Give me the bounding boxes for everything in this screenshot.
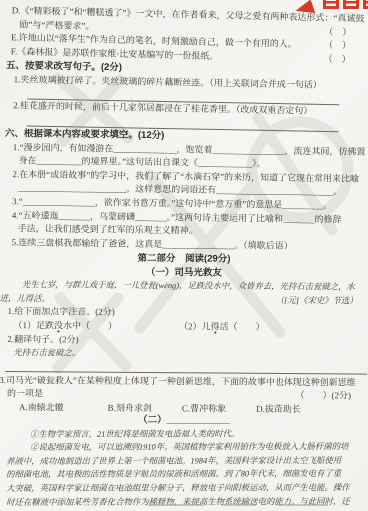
brand-triangle-icon <box>295 0 316 13</box>
passage-source: （[元]《宋史》节选） <box>276 293 358 307</box>
answer-bracket: （ ） <box>324 39 351 53</box>
reading-1-q1-items: （1）足跌没水中（ ） （2）儿得活（ ） <box>0 318 368 334</box>
answer-line <box>5 359 367 374</box>
reading-1-q3-line1: 3.司马光“破瓮救人”在某种程度上体现了一种创新思维，下面的故事中也体现这种创新… <box>0 373 367 389</box>
reading-2-title: （二）____________ <box>0 413 368 428</box>
reading-2-paragraph-1: ①生物学家预言，21世纪将是细菌发电造福人类的时代。 <box>6 427 368 442</box>
clipped-bottom-line <box>0 504 328 506</box>
part-2-reading-block: 第二部分 阅读(29分) （一）司马光救友 光生七岁，与群儿戏于庭，一儿登瓮(w… <box>0 251 368 417</box>
reading-2-paragraph-2-line2: 养液中，成功地制造出了世界上第一个细菌电池。1984年，美国科学家设计出太空飞船… <box>6 454 368 469</box>
brand-glyph-icon <box>323 0 339 9</box>
reading-2-paragraph-2-line1: ②说起细菌发电，可以追溯到1910年。英国植物学家利用铂作为电极放入大肠杆菌的培 <box>6 440 368 455</box>
brand-logo <box>296 0 368 12</box>
section-6-block: 六、根据课本内容或要求填空。(12分) 1.“漫步园内，有如漫游在_______… <box>0 127 368 254</box>
reading-2-paragraph-2-line5: 时还在糖液中添加某些芳香化合物作为稀释物，来提高生物系统输送电的能力。与此同时，… <box>6 495 368 510</box>
scanned-exam-page: D.《“精彩极了”和“糟糕透了”》一文中，在作者看来，父母之爱有两种表达形式：“… <box>0 0 368 511</box>
dotted-character: 得 <box>211 321 220 331</box>
brand-glyph-icon <box>363 0 368 9</box>
pinyin-item-2: （2）儿得活（ ） <box>179 320 265 334</box>
brand-glyph-icon <box>343 0 359 9</box>
section-5-block: 五、按要求改写句子。(2分) 1.夹丝玻璃被打碎了。夹丝玻璃的碎片藕断丝连。（用… <box>0 59 368 133</box>
reading-2-paragraph-2-line3: 的细菌电池，其电极的活性物质是宇航员的尿液和活细菌。到了80年代末，细菌发电有了… <box>6 467 368 482</box>
reading-1-q2-sentence: 光持石击瓮破之。 <box>0 346 367 362</box>
answer-bracket-with-points: （ ）(2分) <box>295 389 351 403</box>
question-text: 的一项是 <box>7 387 43 401</box>
reading-2-paragraph-2-line4: 大突破，英国科学家让细菌在电池组里分解分子，释放电子向阳极运动，从而产生电能。操… <box>6 481 368 496</box>
reading-1-passage-line1: 光生七岁，与群儿戏于庭，一儿登瓮(wèng)，足跌没水中，众皆弃去，光持石击瓮破… <box>0 278 368 294</box>
pinyin-item-1: （1）足跌没水中（ ） <box>13 319 117 333</box>
answer-bracket: （ ） <box>324 25 351 39</box>
passage-text: 迸，儿得活。 <box>0 291 50 305</box>
choice-a: A.南辕北辙 <box>19 401 64 415</box>
reading-2-block: （二）____________ ①生物学家预言，21世纪将是细菌发电造福人类的时… <box>0 413 368 509</box>
dotted-character: 没 <box>54 320 63 330</box>
